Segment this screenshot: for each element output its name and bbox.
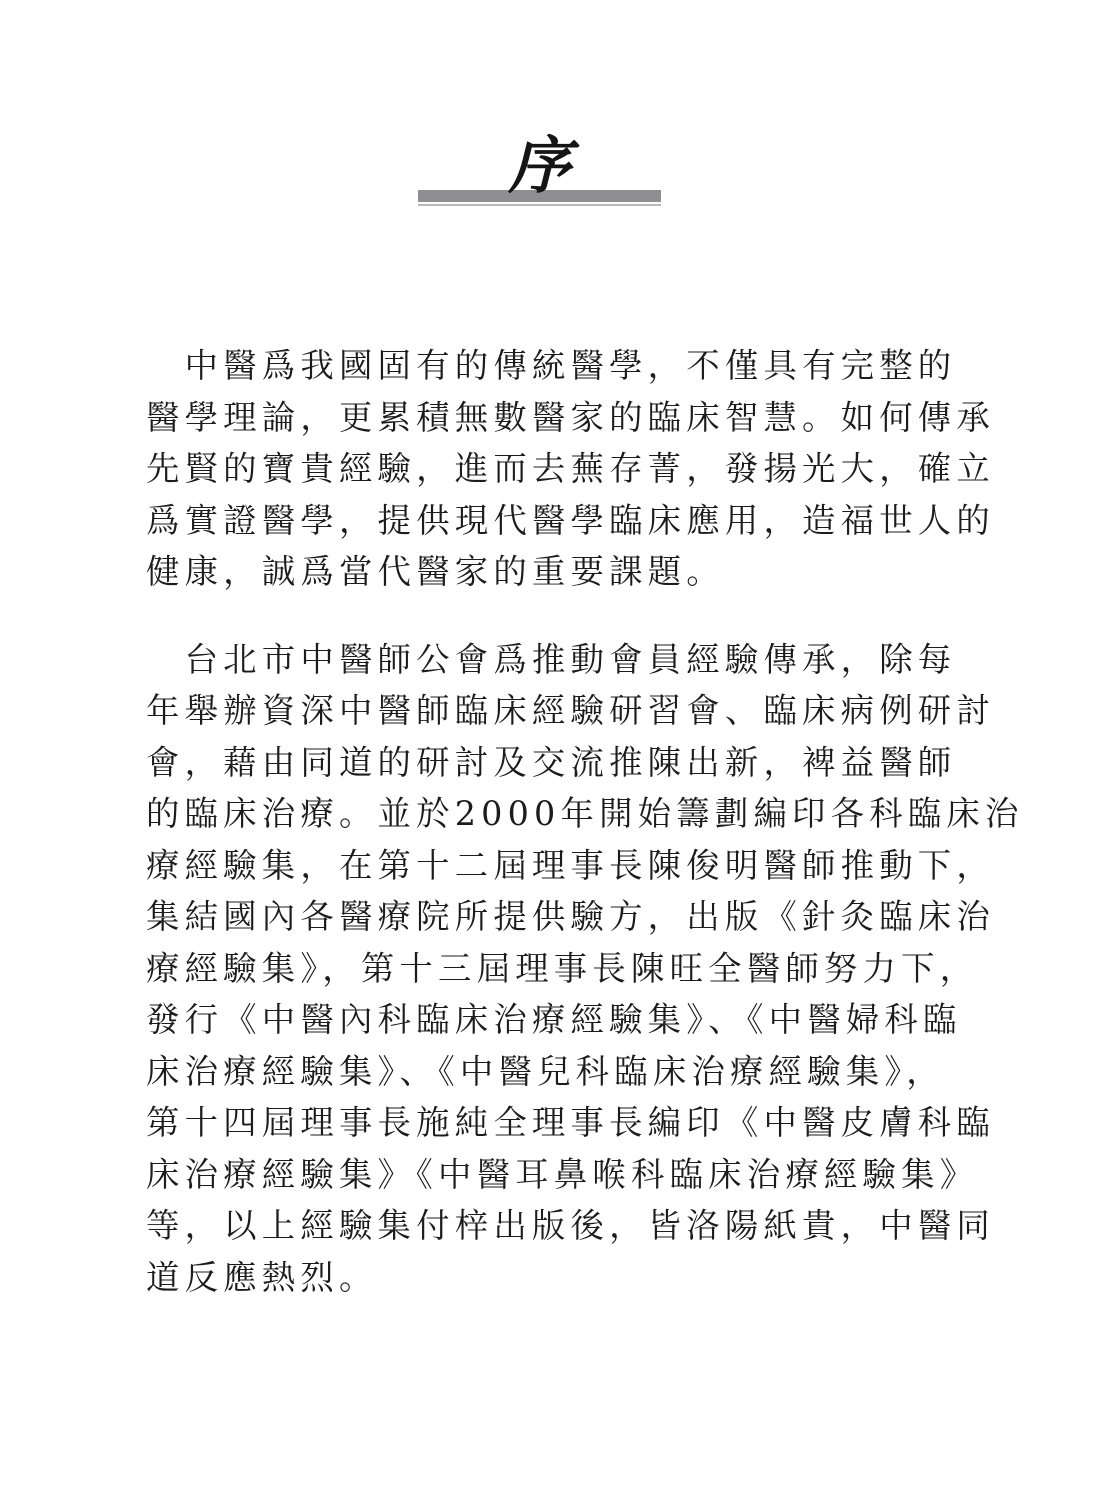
- text-line: 中醫爲我國固有的傳統醫學，不僅具有完整的: [146, 340, 936, 392]
- page-title: 序: [418, 130, 661, 202]
- title-block: 序: [418, 130, 661, 210]
- text-line: 床治療經驗集》《中醫耳鼻喉科臨床治療經驗集》: [146, 1149, 936, 1201]
- text-line: 第十四屆理事長施純全理事長編印《中醫皮膚科臨: [146, 1097, 936, 1149]
- text-line: 醫學理論，更累積無數醫家的臨床智慧。如何傳承: [146, 392, 936, 444]
- text-line: 爲實證醫學，提供現代醫學臨床應用，造福世人的: [146, 495, 936, 547]
- text-line: 台北市中醫師公會爲推動會員經驗傳承，除每: [146, 634, 936, 686]
- text-line: 年舉辦資深中醫師臨床經驗研習會、臨床病例研討: [146, 685, 936, 737]
- paragraph-1: 中醫爲我國固有的傳統醫學，不僅具有完整的 醫學理論，更累積無數醫家的臨床智慧。如…: [146, 340, 936, 598]
- text-line: 會，藉由同道的研討及交流推陳出新，裨益醫師: [146, 737, 936, 789]
- text-line: 療經驗集，在第十二屆理事長陳俊明醫師推動下，: [146, 840, 936, 892]
- paragraph-2: 台北市中醫師公會爲推動會員經驗傳承，除每 年舉辦資深中醫師臨床經驗研習會、臨床病…: [146, 634, 936, 1304]
- preface-body: 中醫爲我國固有的傳統醫學，不僅具有完整的 醫學理論，更累積無數醫家的臨床智慧。如…: [146, 340, 936, 1303]
- text-line: 道反應熱烈。: [146, 1252, 936, 1304]
- text-line: 療經驗集》，第十三屆理事長陳旺全醫師努力下，: [146, 943, 936, 995]
- text-line: 健康，誠爲當代醫家的重要課題。: [146, 546, 936, 598]
- text-line: 集結國內各醫療院所提供驗方，出版《針灸臨床治: [146, 891, 936, 943]
- title-underline-rule: [418, 204, 661, 206]
- text-line: 的臨床治療。並於2000年開始籌劃編印各科臨床治: [146, 788, 936, 840]
- text-line: 等，以上經驗集付梓出版後，皆洛陽紙貴，中醫同: [146, 1200, 936, 1252]
- text-line: 先賢的寶貴經驗，進而去蕪存菁，發揚光大，確立: [146, 443, 936, 495]
- text-line: 床治療經驗集》、《中醫兒科臨床治療經驗集》，: [146, 1046, 936, 1098]
- text-line: 發行《中醫內科臨床治療經驗集》、《中醫婦科臨: [146, 994, 936, 1046]
